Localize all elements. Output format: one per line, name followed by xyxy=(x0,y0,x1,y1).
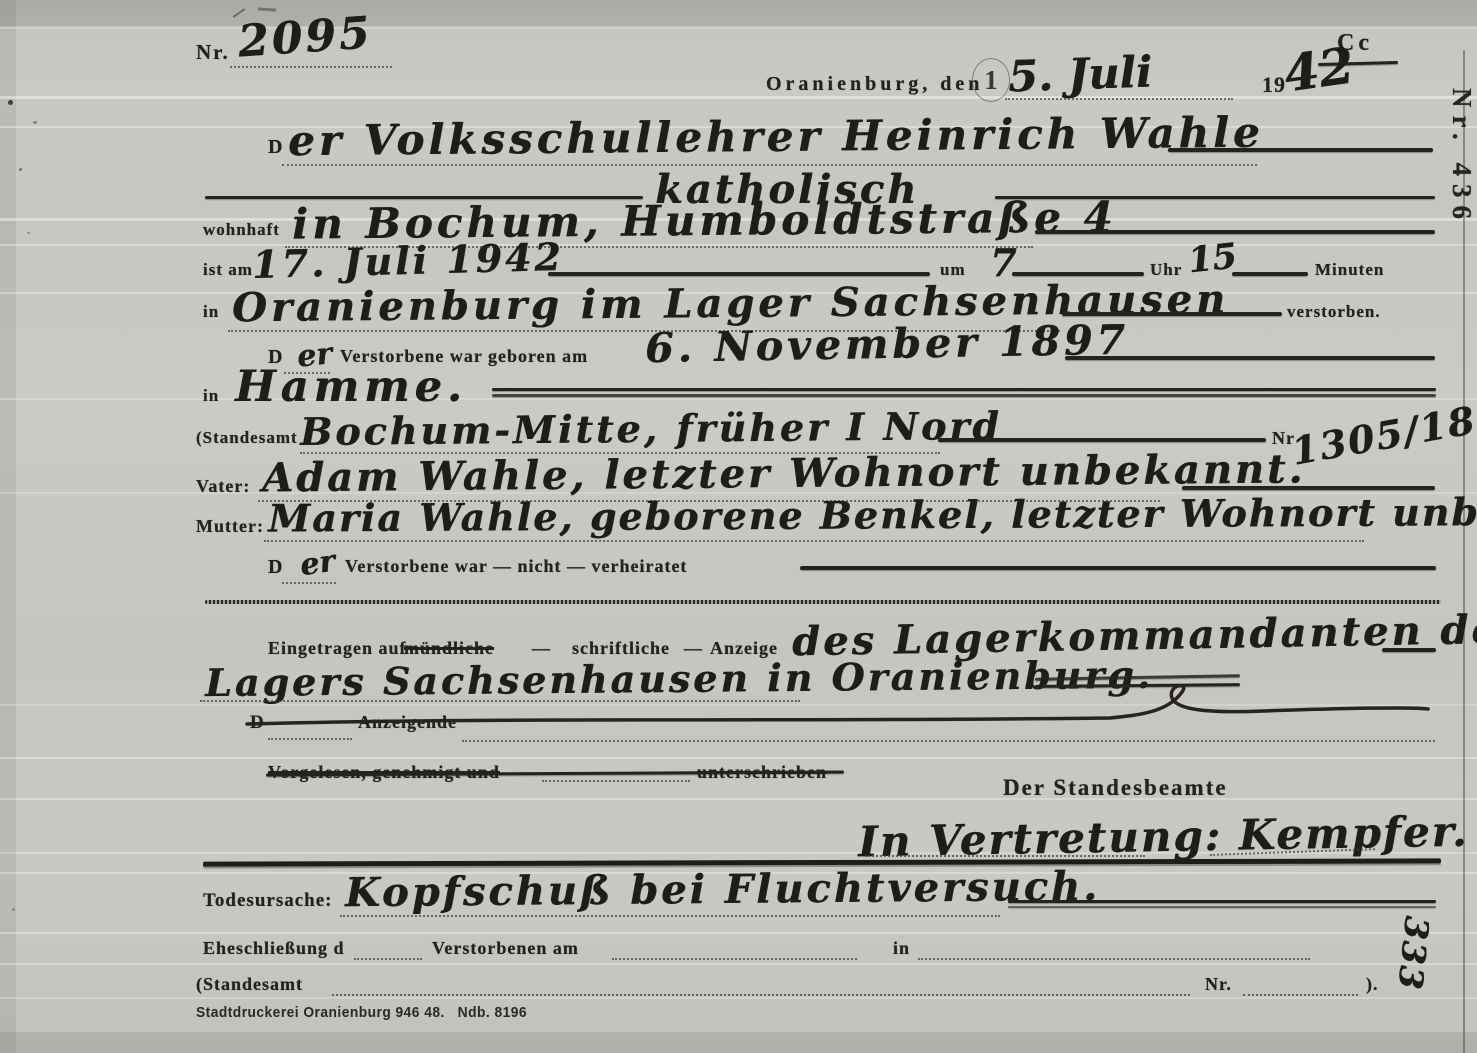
marriage-label-2: Verstorbenen am xyxy=(432,938,579,959)
scan-band xyxy=(0,0,16,1053)
birth-place-label: in xyxy=(203,386,219,406)
marriage-in-label: in xyxy=(893,938,910,959)
ink-dash xyxy=(1232,272,1308,276)
scan-streak xyxy=(0,932,1477,934)
death-place-label: in xyxy=(203,302,219,322)
minuten-label: Minuten xyxy=(1315,260,1384,280)
edge-note: Nr. 436 xyxy=(1446,88,1477,227)
scan-speck xyxy=(8,100,13,105)
dotted-line xyxy=(918,958,1310,960)
dotted-line xyxy=(230,66,392,68)
ink-dash xyxy=(1168,148,1433,152)
dotted-line xyxy=(612,958,857,960)
ink-dash xyxy=(1065,356,1435,360)
minute-hand: 15 xyxy=(1186,236,1239,282)
verstorben-label: verstorben. xyxy=(1287,302,1381,322)
scan-band xyxy=(0,1032,1477,1053)
ink-dash xyxy=(1008,906,1436,908)
scan-speck xyxy=(19,168,22,171)
scan-speck xyxy=(33,121,37,124)
stamped-day-digit: 1 xyxy=(972,58,1010,102)
birth-registry-label: (Standesamt xyxy=(196,428,298,448)
margin-mark-hand: 333 xyxy=(1390,914,1437,993)
birth-date-hand: 6. November 1897 xyxy=(645,316,1130,372)
scan-speck xyxy=(12,908,15,911)
deceased-name-hand: er Volksschullehrer Heinrich Wahle xyxy=(288,108,1264,166)
marital-status-label: Verstorbene war — nicht — verheiratet xyxy=(345,556,687,577)
marriage-registry-label: (Standesamt xyxy=(196,974,303,995)
birth-place-hand: Hamme. xyxy=(235,362,467,412)
mother-hand: Maria Wahle, geborene Benkel, letzter Wo… xyxy=(268,488,1477,540)
ink-dash xyxy=(492,388,1436,391)
article-prefix: D xyxy=(268,136,283,159)
marital-prefix: D xyxy=(268,556,283,579)
serial-number-label: Nr. xyxy=(196,40,230,65)
dotted-line xyxy=(264,540,1364,542)
scan-speck xyxy=(27,232,30,234)
mother-label: Mutter: xyxy=(196,516,264,537)
marriage-nr-label: Nr. xyxy=(1205,974,1232,995)
scan-band xyxy=(0,0,1477,26)
place-date-label: Oranienburg, den xyxy=(766,73,983,96)
ink-dash xyxy=(548,272,930,276)
ink-dash xyxy=(492,394,1436,397)
ink-dash xyxy=(1382,648,1436,652)
stamp-digit-value: 1 xyxy=(984,65,998,96)
ink-dash xyxy=(1012,272,1144,276)
scan-streak xyxy=(0,96,1477,99)
died-date-hand: 17. Juli 1942 xyxy=(251,234,564,287)
year-handwritten: 42 xyxy=(1280,35,1357,103)
printer-imprint: Stadtdruckerei Oranienburg 946 48. Ndb. … xyxy=(196,1004,527,1021)
registrar-title: Der Standesbeamte xyxy=(1003,775,1228,801)
scan-streak xyxy=(0,997,1477,999)
dotted-line xyxy=(340,915,1000,917)
dotted-line xyxy=(542,780,690,782)
death-cause-hand: Kopfschuß bei Fluchtversuch. xyxy=(345,863,1100,917)
hand-strike-line xyxy=(245,696,1440,751)
ink-dash xyxy=(800,566,1436,570)
residence-label: wohnhaft xyxy=(203,220,280,240)
scan-streak xyxy=(0,27,1477,29)
ink-dash xyxy=(938,438,1266,442)
dash-glyph: — xyxy=(532,638,551,659)
death-certificate-scan: Nr. 2095 Cc Nr. 436 Oranienburg, den 1 5… xyxy=(0,0,1477,1053)
birth-registry-hand: Bochum-Mitte, früher I Nord xyxy=(300,403,1002,454)
entered-label: Eingetragen auf xyxy=(268,638,407,659)
birth-registry-nr-hand: 1305/1897 xyxy=(1288,387,1477,474)
dotted-line xyxy=(354,958,422,960)
scan-streak xyxy=(0,798,1477,800)
registrar-signature-hand: In Vertretung: Kempfer. xyxy=(858,807,1469,867)
dotted-line xyxy=(865,855,1145,857)
marital-prefix-hand: er xyxy=(298,544,337,584)
father-label: Vater: xyxy=(196,476,250,497)
close-paren: ). xyxy=(1366,974,1379,995)
hatched-rule xyxy=(205,600,1441,604)
marriage-label-1: Eheschließung d xyxy=(203,938,345,959)
serial-number-value: 2095 xyxy=(236,7,374,67)
ink-dash xyxy=(1035,230,1435,234)
scan-streak xyxy=(0,398,1477,400)
death-cause-label: Todesursache: xyxy=(203,890,332,912)
oral-label-struck: mündliche xyxy=(404,638,494,659)
year-prefix: 19 xyxy=(1262,72,1286,98)
dotted-line xyxy=(1243,994,1358,996)
dotted-line xyxy=(332,994,1190,996)
ink-dash xyxy=(1008,900,1436,903)
dotted-line xyxy=(1005,98,1233,100)
date-handwritten: 5. Juli xyxy=(1007,48,1153,103)
scan-streak xyxy=(0,963,1477,965)
died-date-label: ist am xyxy=(203,260,253,280)
scan-streak xyxy=(0,757,1477,759)
